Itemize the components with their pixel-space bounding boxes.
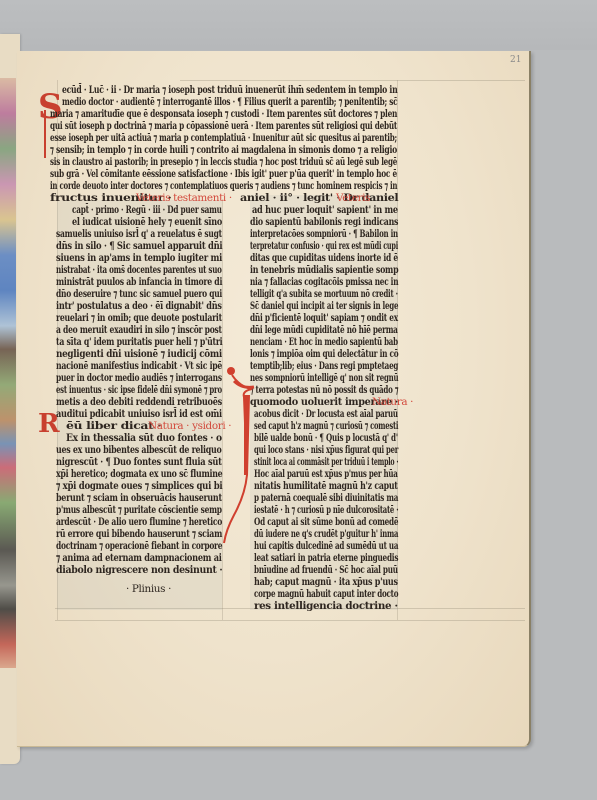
initial-flourish bbox=[44, 110, 46, 158]
text-line: hab; caput magnū · ita xp̄us p'uus bbox=[254, 577, 398, 588]
text-line: ⁊ terra potestas nū nō possit ds quādo ⁊ bbox=[250, 385, 398, 396]
text-line: nes sompniorū intelligē q' non sit regnū bbox=[250, 373, 398, 384]
text-line: auditui pdicabit uniuiso isrl̄ id est om… bbox=[56, 409, 222, 420]
text-line: reuelari ⁊ in omib; que deuote postulari… bbox=[56, 313, 222, 324]
text-line: ad huc puer loquit' sapient' in me bbox=[252, 205, 398, 216]
text-line: diabolo nigrescere non desinunt · bbox=[56, 565, 222, 576]
text-line: sed caput h'z magnū ⁊ curiosū ⁊ comesti bbox=[254, 421, 398, 432]
text-line: hui capitis dulcedinē ad sumēdū ut ua bbox=[254, 541, 398, 552]
ruling-line bbox=[180, 80, 525, 81]
text-line: ecūd̄ · Luc̄ · ii · Dr maria ⁊ ioseph po… bbox=[62, 85, 314, 96]
text-line: interpretacōes sompniorū · ¶ Babilon in bbox=[250, 229, 398, 240]
text-line: sis in claustro ai pastorib; in presepio… bbox=[50, 157, 397, 168]
rubric-heading: Natura · bbox=[372, 397, 413, 408]
text-line: a deo meruit exaudiri in silo ⁊ inscōr p… bbox=[56, 325, 222, 336]
text-line: puer in doctor medio audiēs ⁊ interrogan… bbox=[56, 373, 222, 384]
rubric-heading: Veteris testamenti · bbox=[136, 193, 232, 204]
text-line: in tenebris mūdialis sapientie somp bbox=[250, 265, 398, 276]
text-line: nia ⁊ fallacias cogitacōis pmissa nec in bbox=[250, 277, 398, 288]
ruling-line bbox=[55, 620, 525, 621]
rubric-heading: Natura · ysidori · bbox=[148, 421, 231, 432]
text-line: Sc̄ daniel qui incipit ai ter signis in … bbox=[250, 301, 398, 312]
text-line: maria ⁊ amaritudīe que ē desponsata iose… bbox=[50, 109, 397, 120]
text-line: ditas que cupiditas uidens inorte id ē bbox=[250, 253, 398, 264]
text-line: dn̄o deseruire ⁊ tunc sic samuel puero q… bbox=[56, 289, 222, 300]
text-line: nistrabat · ita oms̄ docentes parentes u… bbox=[56, 265, 222, 276]
text-line: ēū liber dicat · bbox=[66, 421, 161, 432]
text-line: in corde deuoto inter doctores ⁊ contemp… bbox=[50, 181, 397, 192]
text-line: telligit q'a subita se mortuum nō credit… bbox=[250, 289, 398, 300]
text-line: res intelligencia doctrine · bbox=[254, 601, 398, 612]
rubric-heading: Veteris bbox=[336, 193, 370, 204]
text-line: aniel · ii° · legit' · Dr daniel bbox=[240, 193, 398, 204]
text-line: stinit loca ai commāsit per triduū i tem… bbox=[254, 457, 398, 468]
text-line: dn̄s in silo · ¶ Sic samuel apparuit dn̄… bbox=[56, 241, 222, 252]
text-line: est inuentus · sic ipse fidelē dn̄i symo… bbox=[56, 385, 222, 396]
text-line: el iudicat uisionē hely ⁊ euenit sīno bbox=[72, 217, 222, 228]
text-line: Od caput ai sit sūme bonū ad comedē bbox=[254, 517, 398, 528]
illuminated-miniature-fragment bbox=[0, 78, 16, 668]
text-line: p'mus albescūt ⁊ puritate cōscientie sem… bbox=[56, 505, 222, 516]
text-line: intr' postulatus a deo · ēī dignabit' dn… bbox=[56, 301, 222, 312]
text-line: samuelis uniuiso isrl̄ q' a reuelatus ē … bbox=[56, 229, 222, 240]
text-line: p paternā coequalē sibi diuinitatis ma bbox=[254, 493, 398, 504]
text-line: siuens in ap'ams in templo iugiter mi bbox=[56, 253, 222, 264]
text-line: ⁊ anima ad eternam dampnacionem ai bbox=[56, 553, 222, 564]
text-line: sub grā · Vel cōmitante eēssione satisfa… bbox=[50, 169, 397, 180]
folio-number: 21 bbox=[510, 55, 521, 65]
text-line: acobus dicit · Dr locusta est aīal paruū bbox=[254, 409, 398, 420]
text-line: nacionē manifestius indicabit · Vt sic i… bbox=[56, 361, 222, 372]
text-line: nenciam · Et hoc in medio sapientū bab bbox=[250, 337, 398, 348]
text-line: bilē ualde bonū · ¶ Quis p locustā q' d' bbox=[254, 433, 398, 444]
text-line: bnīudine ad fruendū · Sc̄ hoc aīal puū bbox=[254, 565, 398, 576]
text-line: berunt ⁊ sciam in obseruācis hauserunt bbox=[56, 493, 222, 504]
text-line: terpretatur confusio · qui rex est mūdi … bbox=[250, 241, 398, 252]
text-line: leat satiari in patria eterne pinguedis bbox=[254, 553, 398, 564]
text-line: capt̄ · primo · Regū · iii · Dd puer sam… bbox=[72, 205, 222, 216]
text-line: nigrescūt · ¶ Duo fontes sunt fluia sūt bbox=[56, 457, 222, 468]
closing-label: · Plinius · bbox=[126, 584, 171, 595]
text-line: rū errore qui bibendo hauserunt ⁊ sciam bbox=[56, 529, 222, 540]
text-line: Ex in thessalia sūt duo fontes · o bbox=[66, 433, 222, 444]
text-line: ⁊ xp̄i dogmate oues ⁊ simplices qui bi bbox=[56, 481, 222, 492]
text-line: dio sapientū babilonis regi indicans bbox=[250, 217, 398, 228]
text-line: lonis ⁊ impiōa oim qui delectātur in cō bbox=[250, 349, 398, 360]
text-line: qui sūt ioseph p doctrinā ⁊ maria p cōpa… bbox=[50, 121, 397, 132]
text-line: negligenti dn̄i uisionē ⁊ iudicij cōmi bbox=[56, 349, 222, 360]
text-line: ues ex uno bibentes albescūt de reliquo bbox=[56, 445, 222, 456]
text-line: ministrāt puulos ab infancia in timore d… bbox=[56, 277, 222, 288]
text-line: xp̄i heretico; dogmata ex uno sc̄ flumin… bbox=[56, 469, 222, 480]
text-line: doctrinam ⁊ operacionē fiebant in corpor… bbox=[56, 541, 222, 552]
text-line: esse ioseph per uitā actiuā ⁊ maria p co… bbox=[50, 133, 397, 144]
text-line: ardescūt · De alio uero flumine ⁊ hereti… bbox=[56, 517, 222, 528]
text-line: ta sīta q' idem puritatis puer heli ⁊ p'… bbox=[56, 337, 222, 348]
text-line: dn̄i lege mūdi cupiditatē nō hīē perma bbox=[250, 325, 398, 336]
decorated-initial-r: R bbox=[38, 411, 62, 437]
text-line: dn̄i p'ficientē loquit' sapiam ⁊ ondit e… bbox=[250, 313, 398, 324]
text-line: Hoc aīal paruū est xp̄us p'mus per hūa bbox=[254, 469, 398, 480]
text-line: metis a deo debiti reddendi retribuoēs bbox=[56, 397, 222, 408]
text-line: medio doctor · audientē ⁊ interrogantē i… bbox=[62, 97, 397, 108]
scanner-backdrop bbox=[0, 0, 597, 50]
text-line: iestatē · h ⁊ curiosū p nīe dulcorositat… bbox=[254, 505, 398, 516]
text-line: ⁊ sensib; in templo ⁊ in corde huili ⁊ c… bbox=[50, 145, 397, 156]
text-line: qui loco stans · nisi xp̄us figurat qui … bbox=[254, 445, 398, 456]
text-line: dū iudere ne q's crudēt p'guitur h' inma bbox=[254, 529, 398, 540]
text-line: corpe magnū habuit caput inter docto bbox=[254, 589, 398, 600]
text-line: temptib;lib; eius · Dans regi pmptetaeg bbox=[250, 361, 398, 372]
text-line: nitatis humilitatē magnū h'z caput bbox=[254, 481, 398, 492]
